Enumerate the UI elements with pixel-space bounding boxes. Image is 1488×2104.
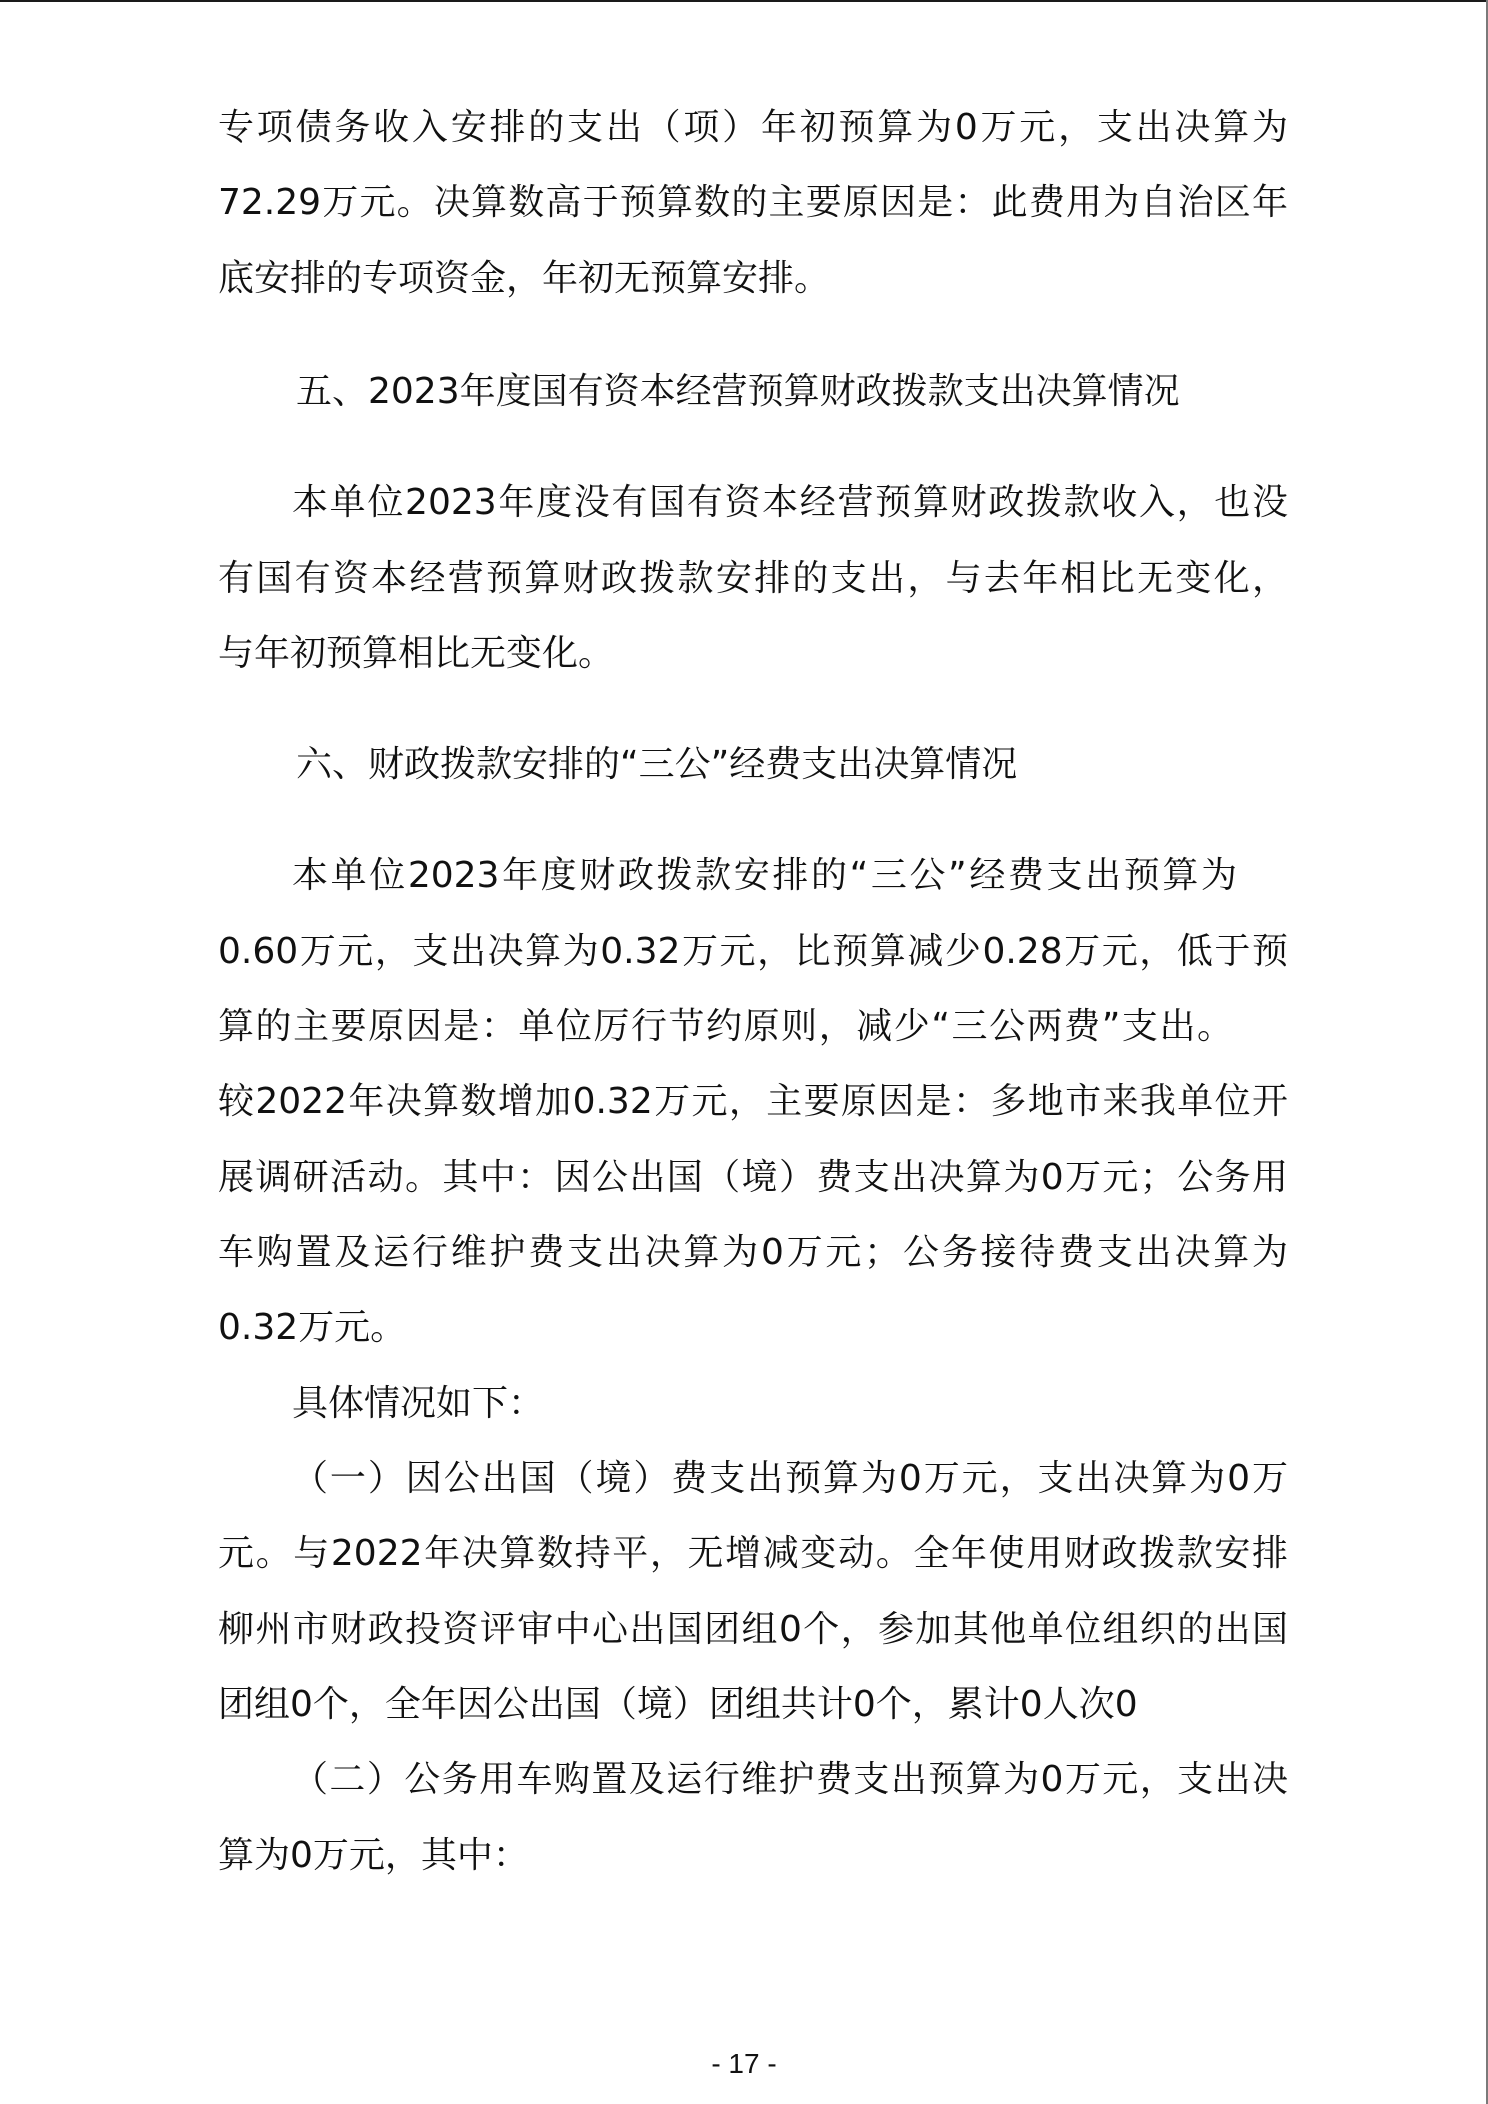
paragraph-line: 本单位2023年度没有国有资本经营预算财政拨款收入，也没 <box>292 475 1288 531</box>
paragraph-line: 较2022年决算数增加0.32万元，主要原因是：多地市来我单位开 <box>218 1074 1288 1130</box>
paragraph-line: 0.60万元，支出决算为0.32万元，比预算减少0.28万元，低于预 <box>218 924 1288 980</box>
paragraph-line: 算的主要原因是：单位厉行节约原则，减少“三公两费”支出。 <box>218 999 1233 1055</box>
document-page: 专项债务收入安排的支出（项）年初预算为0万元，支出决算为 72.29万元。决算数… <box>0 0 1488 2104</box>
paragraph-line: 展调研活动。其中：因公出国（境）费支出决算为0万元；公务用 <box>218 1150 1288 1206</box>
paragraph-line: 元。与2022年决算数持平，无增减变动。全年使用财政拨款安排 <box>218 1526 1288 1582</box>
paragraph-line: 具体情况如下： <box>292 1376 1362 1432</box>
paragraph-line: 与年初预算相比无变化。 <box>218 626 1288 682</box>
paragraph-line: 柳州市财政投资评审中心出国团组0个，参加其他单位组织的出国 <box>218 1602 1288 1658</box>
paragraph-line: 本单位2023年度财政拨款安排的“三公”经费支出预算为 <box>292 848 1237 904</box>
paragraph-line: （一）因公出国（境）费支出预算为0万元，支出决算为0万 <box>292 1451 1288 1507</box>
paragraph-line: 底安排的专项资金，年初无预算安排。 <box>218 251 1288 307</box>
paragraph-line: 团组0个，全年因公出国（境）团组共计0个，累计0人次0 <box>218 1677 1288 1733</box>
paragraph-line: 0.32万元。 <box>218 1300 1288 1356</box>
paragraph-line: 专项债务收入安排的支出（项）年初预算为0万元，支出决算为 <box>218 100 1288 156</box>
paragraph-line: 算为0万元，其中： <box>218 1828 1288 1884</box>
paragraph-line: 72.29万元。决算数高于预算数的主要原因是：此费用为自治区年 <box>218 175 1288 231</box>
section-heading-6: 六、财政拨款安排的“三公”经费支出决算情况 <box>296 737 1096 793</box>
paragraph-line: 有国有资本经营预算财政拨款安排的支出，与去年相比无变化， <box>218 551 1288 607</box>
section-heading-5: 五、2023年度国有资本经营预算财政拨款支出决算情况 <box>296 364 1256 420</box>
paragraph-line: （二）公务用车购置及运行维护费支出预算为0万元，支出决 <box>292 1752 1288 1808</box>
paragraph-line: 车购置及运行维护费支出决算为0万元；公务接待费支出决算为 <box>218 1225 1288 1281</box>
page-number: - 17 - <box>0 2044 1488 2084</box>
